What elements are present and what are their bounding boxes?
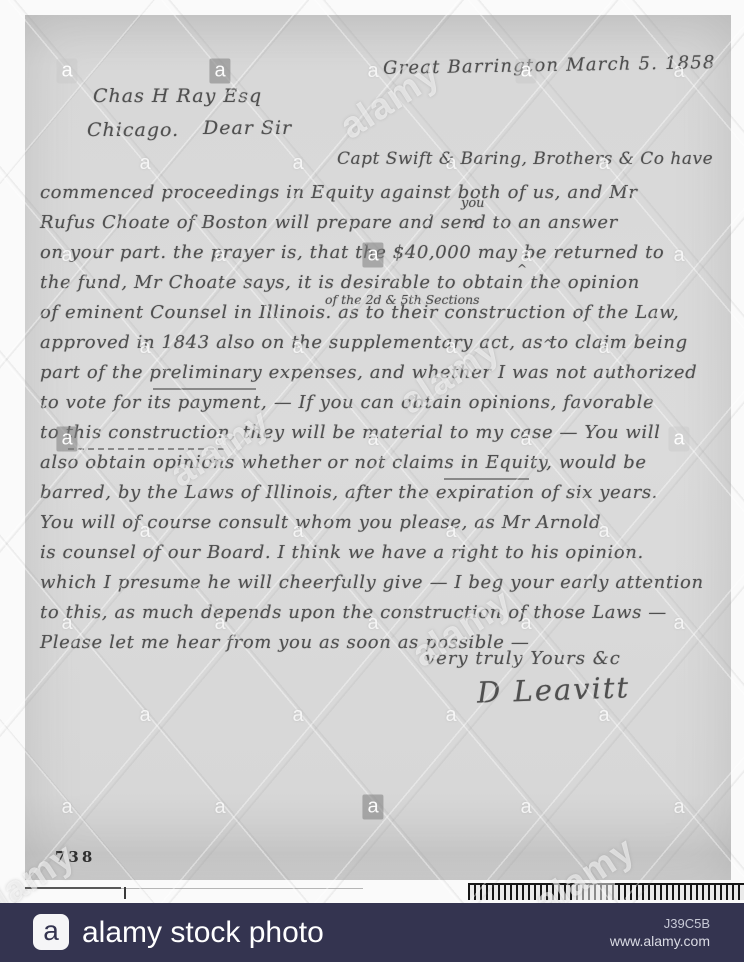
- image-id: J39C5B: [610, 915, 710, 932]
- letter-line: to vote for its payment, — If you can ob…: [40, 388, 718, 418]
- letter-line: barred, by the Laws of Illinois, after t…: [40, 478, 718, 508]
- alamy-logo-icon: a: [33, 914, 69, 950]
- interlinear-insertion-sections: of the 2d & 5th Sections: [325, 292, 480, 307]
- letter-signature: D Leavitt: [476, 670, 630, 709]
- caret-mark: ^: [469, 218, 479, 232]
- brand-text: alamy stock photo: [82, 913, 324, 953]
- page-number: 738: [55, 848, 95, 866]
- salutation: Dear Sir: [203, 117, 292, 139]
- caret-mark: ^: [517, 262, 527, 276]
- letter-line: on your part. the prayer is, that the $4…: [40, 238, 718, 268]
- letter-line: approved in 1843 also on the supplementa…: [40, 328, 718, 358]
- stock-photo-frame: Great Barrington March 5. 1858 Chas H Ra…: [0, 0, 744, 962]
- letter-body: commenced proceedings in Equity against …: [40, 178, 718, 658]
- footer-right-block: J39C5B www.alamy.com: [610, 915, 710, 951]
- letter-line: to this construction, they will be mater…: [40, 418, 718, 448]
- letter-line: also obtain opinions whether or not clai…: [40, 448, 718, 478]
- recipient-city: Chicago.: [87, 119, 179, 141]
- letter-opening-line: Capt Swift & Baring, Brothers & Co have: [337, 149, 713, 169]
- letter-line: to this, as much depends upon the constr…: [40, 598, 718, 628]
- letter-line: You will of course consult whom you plea…: [40, 508, 718, 538]
- letter-page: Great Barrington March 5. 1858 Chas H Ra…: [25, 15, 731, 880]
- letter-line: commenced proceedings in Equity against …: [40, 178, 718, 208]
- handwritten-underline: [68, 448, 228, 450]
- letter-closing: very truly Yours &c: [425, 648, 621, 669]
- recipient-name: Chas H Ray Esq: [93, 85, 262, 107]
- website-url: www.alamy.com: [610, 932, 710, 951]
- letter-line: which I presume he will cheerfully give …: [40, 568, 718, 598]
- letter-line: is counsel of our Board. I think we have…: [40, 538, 718, 568]
- letter-dateline: Great Barrington March 5. 1858: [383, 52, 716, 79]
- caret-mark: ^: [543, 337, 553, 351]
- letter-line: Rufus Choate of Boston will prepare and …: [40, 208, 718, 238]
- ruler-edge-line-dark: [25, 887, 121, 889]
- footer-bar: a alamy stock photo J39C5B www.alamy.com: [0, 903, 744, 962]
- letter-line: part of the preliminary expenses, and wh…: [40, 358, 718, 388]
- interlinear-insertion-you: you: [461, 196, 485, 211]
- handwritten-underline: [153, 388, 256, 390]
- ruler-tick: [124, 887, 126, 899]
- handwritten-underline: [444, 478, 529, 480]
- ruler-comb-fade: [575, 883, 615, 900]
